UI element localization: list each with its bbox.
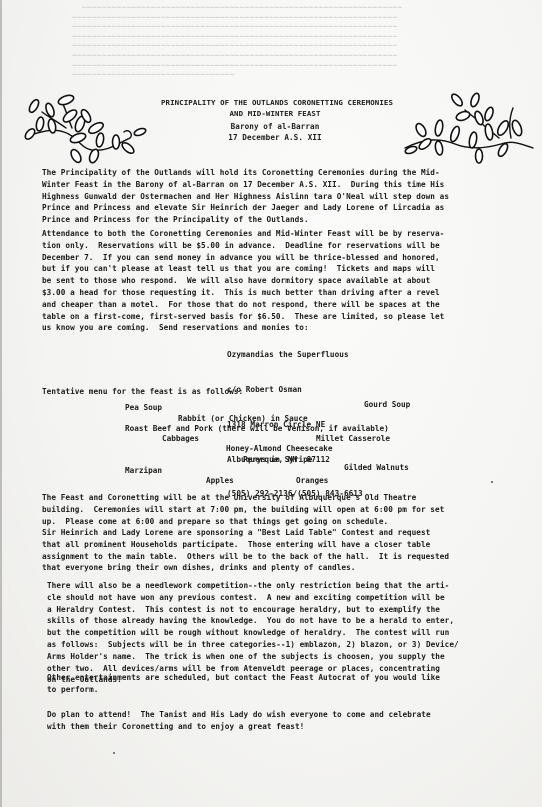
menu-item: Millet Casserole bbox=[316, 434, 390, 443]
ink-speck bbox=[113, 752, 115, 754]
menu-item: Gilded Walnuts bbox=[344, 463, 409, 472]
event-location: Barony of al-Barran bbox=[4, 122, 542, 131]
menu-item: Apples bbox=[206, 476, 234, 485]
menu-item: Honey-Almond Cheesecake bbox=[226, 444, 332, 453]
attendance-paragraph: Attendance to both the Coronetting Cerem… bbox=[42, 228, 444, 334]
menu-item: Perys in Syripe bbox=[243, 455, 312, 464]
page-edge bbox=[0, 0, 2, 807]
reverse-side-bleed-through: ~~~~~~~~~~~~~~~~~~~~~~~~~~~~~~~~~~~~~~~~… bbox=[62, 3, 482, 80]
menu-item: Marzipan bbox=[125, 466, 162, 475]
table-contest-paragraph: Sir Heinrich and Lady Lorene are sponsor… bbox=[42, 527, 449, 574]
venue-paragraph: The Feast and Coronetting will be at the… bbox=[42, 492, 444, 527]
menu-intro: Tentative menu for the feast is as follo… bbox=[42, 386, 243, 398]
menu-item: Pea Soup bbox=[125, 403, 162, 412]
menu-item: Oranges bbox=[296, 476, 328, 485]
ink-speck bbox=[491, 481, 493, 483]
menu-item: Rabbit (or Chicken) in Sauce bbox=[178, 414, 308, 423]
closing-paragraph: Do plan to attend! The Tanist and His La… bbox=[47, 709, 431, 733]
menu-item: Roast Beef and Pork (there will be Venis… bbox=[125, 424, 389, 433]
menu-item: Cabbages bbox=[162, 434, 199, 443]
intro-paragraph: The Principality of the Outlands will ho… bbox=[42, 167, 449, 226]
event-date: 17 December A.S. XII bbox=[4, 133, 542, 142]
document-page: ~~~~~~~~~~~~~~~~~~~~~~~~~~~~~~~~~~~~~~~~… bbox=[0, 0, 542, 807]
competitions-paragraph: There will also be a needlework competit… bbox=[47, 580, 459, 686]
document-title-line-2: AND MID-WINTER FEAST bbox=[4, 109, 542, 118]
document-title-line-1: PRINCIPALITY OF THE OUTLANDS CORONETTING… bbox=[6, 98, 542, 107]
address-line: c/o Robert Osman bbox=[227, 384, 363, 396]
entertainment-paragraph: Other entertainments are scheduled, but … bbox=[47, 672, 440, 696]
address-line: Ozymandias the Superfluous bbox=[227, 349, 363, 361]
menu-item: Gourd Soup bbox=[364, 400, 410, 409]
